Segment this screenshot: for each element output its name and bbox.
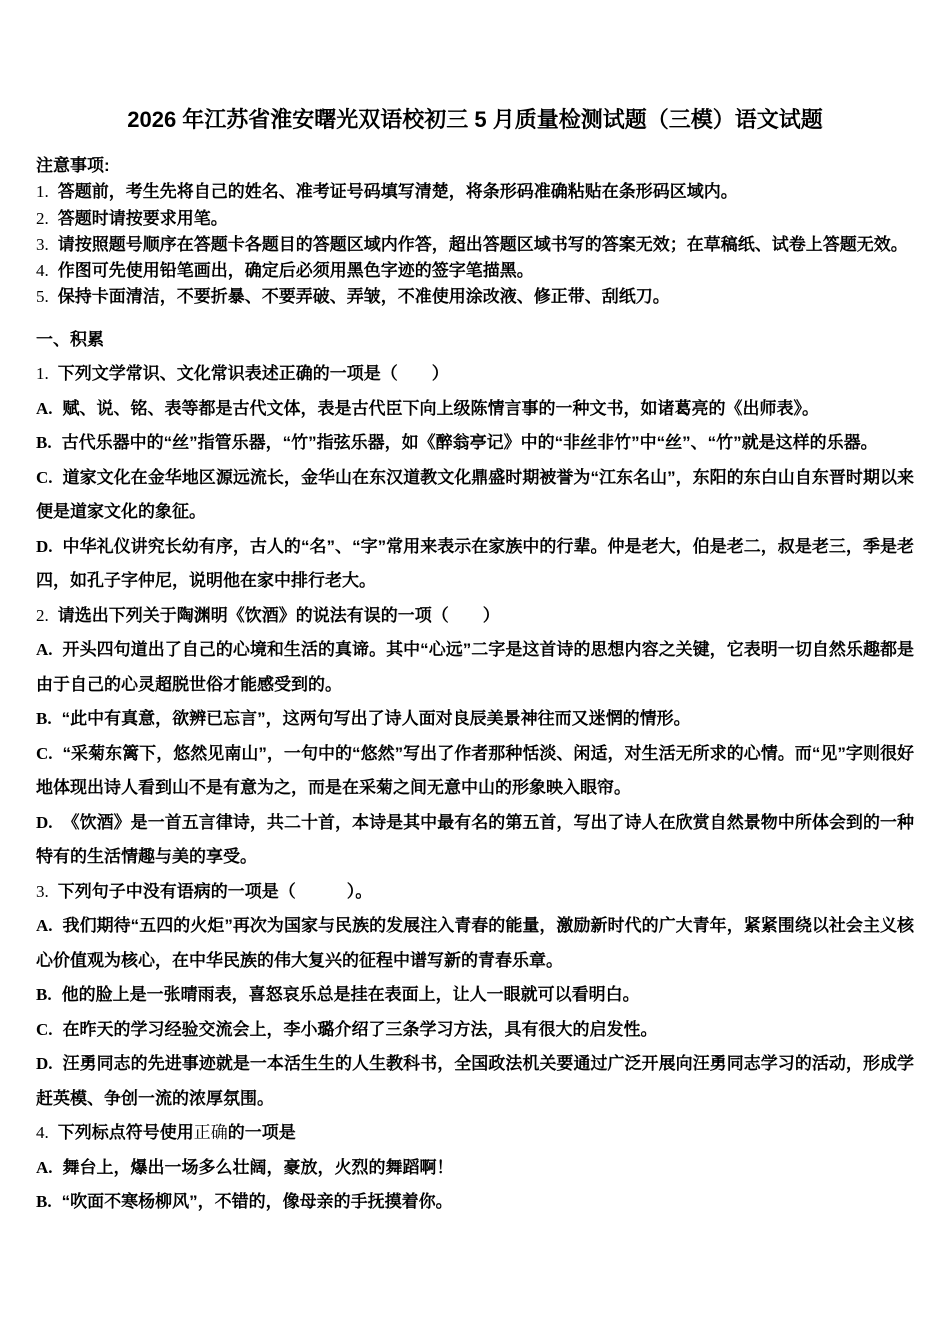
option-b: B.“吹面不寒杨柳风”，不错的，像母亲的手抚摸着你。 (36, 1185, 914, 1220)
option-text: 赋、说、铭、表等都是古代文体，表是古代臣下向上级陈情言事的一种文书，如诸葛亮的《… (63, 399, 820, 418)
question-4: 4.下列标点符号使用正确的一项是 A.舞台上，爆出一场多么壮阔，豪放，火烈的舞蹈… (36, 1116, 914, 1220)
notice-item-number: 4. (36, 261, 49, 280)
option-c: C.“采菊东篱下，悠然见南山”，一句中的“悠然”写出了作者那种恬淡、闲适，对生活… (36, 737, 914, 806)
option-label: D. (36, 813, 53, 832)
option-label: B. (36, 985, 52, 1004)
question-stem: 1.下列文学常识、文化常识表述正确的一项是（ ） (36, 357, 914, 392)
notice-item-text: 答题时请按要求用笔。 (58, 209, 228, 228)
question-number: 4. (36, 1123, 49, 1142)
exam-content: 一、积累 1.下列文学常识、文化常识表述正确的一项是（ ） A.赋、说、铭、表等… (36, 323, 914, 1220)
question-stem: 4.下列标点符号使用正确的一项是 (36, 1116, 914, 1151)
option-label: C. (36, 468, 53, 487)
option-label: C. (36, 744, 53, 763)
notice-item: 4.作图可先使用铅笔画出，确定后必须用黑色字迹的签字笔描黑。 (36, 258, 914, 284)
option-d: D.汪勇同志的先进事迹就是一本活生生的人生教科书，全国政法机关要通过广泛开展向汪… (36, 1047, 914, 1116)
option-a: A.开头四句道出了自己的心境和生活的真谛。其中“心远”二字是这首诗的思想内容之关… (36, 633, 914, 702)
option-b: B.他的脸上是一张晴雨表，喜怒哀乐总是挂在表面上，让人一眼就可以看明白。 (36, 978, 914, 1013)
option-label: B. (36, 433, 52, 452)
notice-item-text: 请按照题号顺序在答题卡各题目的答题区域内作答，超出答题区域书写的答案无效；在草稿… (58, 235, 908, 254)
option-d: D.中华礼仪讲究长幼有序，古人的“名”、“字”常用来表示在家族中的行辈。仲是老大… (36, 530, 914, 599)
option-text: 《饮酒》是一首五言律诗，共二十首，本诗是其中最有名的第五首，写出了诗人在欣赏自然… (36, 813, 914, 867)
notice-item-text: 作图可先使用铅笔画出，确定后必须用黑色字迹的签字笔描黑。 (58, 261, 534, 280)
notice-item-number: 1. (36, 182, 49, 201)
option-b: B.古代乐器中的“丝”指管乐器，“竹”指弦乐器，如《醉翁亭记》中的“非丝非竹”中… (36, 426, 914, 461)
notice-item: 1.答题前，考生先将自己的姓名、准考证号码填写清楚，将条形码准确粘贴在条形码区域… (36, 179, 914, 205)
option-text: “采菊东篱下，悠然见南山”，一句中的“悠然”写出了作者那种恬淡、闲适，对生活无所… (36, 744, 914, 798)
question-number: 3. (36, 882, 49, 901)
question-stem: 2.请选出下列关于陶渊明《饮酒》的说法有误的一项（ ） (36, 599, 914, 634)
option-text: 古代乐器中的“丝”指管乐器，“竹”指弦乐器，如《醉翁亭记》中的“非丝非竹”中“丝… (62, 433, 878, 452)
option-a: A.我们期待“五四的火炬”再次为国家与民族的发展注入青春的能量，激励新时代的广大… (36, 909, 914, 978)
option-text: 中华礼仪讲究长幼有序，古人的“名”、“字”常用来表示在家族中的行辈。仲是老大，伯… (36, 537, 914, 591)
notice-item-number: 3. (36, 235, 49, 254)
notice-item-number: 5. (36, 287, 49, 306)
question-2: 2.请选出下列关于陶渊明《饮酒》的说法有误的一项（ ） A.开头四句道出了自己的… (36, 599, 914, 875)
option-text: 开头四句道出了自己的心境和生活的真谛。其中“心远”二字是这首诗的思想内容之关键，… (36, 640, 914, 694)
option-text: 舞台上，爆出一场多么壮阔，豪放，火烈的舞蹈啊！ (63, 1158, 454, 1177)
option-a: A.舞台上，爆出一场多么壮阔，豪放，火烈的舞蹈啊！ (36, 1151, 914, 1186)
question-stem-emphasis: 正确 (194, 1123, 228, 1142)
option-text: 我们期待“五四的火炬”再次为国家与民族的发展注入青春的能量，激励新时代的广大青年… (36, 916, 914, 970)
option-label: B. (36, 1192, 52, 1211)
option-label: A. (36, 640, 53, 659)
option-text: “此中有真意，欲辨已忘言”，这两句写出了诗人面对良辰美景神往而又迷惘的情形。 (62, 709, 691, 728)
notice-heading: 注意事项: (36, 153, 914, 179)
question-stem-text: 请选出下列关于陶渊明《饮酒》的说法有误的一项（ ） (58, 606, 500, 625)
option-text: 他的脸上是一张晴雨表，喜怒哀乐总是挂在表面上，让人一眼就可以看明白。 (62, 985, 640, 1004)
notice-item-number: 2. (36, 209, 49, 228)
option-text: 汪勇同志的先进事迹就是一本活生生的人生教科书，全国政法机关要通过广泛开展向汪勇同… (36, 1054, 914, 1108)
question-number: 1. (36, 364, 49, 383)
question-stem: 3.下列句子中没有语病的一项是（ ）。 (36, 875, 914, 910)
option-text: “吹面不寒杨柳风”，不错的，像母亲的手抚摸着你。 (62, 1192, 453, 1211)
exam-page: 2026 年江苏省淮安曙光双语校初三 5 月质量检测试题（三模）语文试题 注意事… (0, 0, 950, 1344)
question-stem-text: 的一项是 (228, 1123, 296, 1142)
notice-item: 5.保持卡面清洁，不要折暴、不要弄破、弄皱，不准使用涂改液、修正带、刮纸刀。 (36, 284, 914, 310)
notice-item-text: 答题前，考生先将自己的姓名、准考证号码填写清楚，将条形码准确粘贴在条形码区域内。 (58, 182, 738, 201)
question-1: 1.下列文学常识、文化常识表述正确的一项是（ ） A.赋、说、铭、表等都是古代文… (36, 357, 914, 599)
option-label: D. (36, 1054, 53, 1073)
option-a: A.赋、说、铭、表等都是古代文体，表是古代臣下向上级陈情言事的一种文书，如诸葛亮… (36, 392, 914, 427)
option-label: A. (36, 1158, 53, 1177)
option-label: C. (36, 1020, 53, 1039)
option-d: D.《饮酒》是一首五言律诗，共二十首，本诗是其中最有名的第五首，写出了诗人在欣赏… (36, 806, 914, 875)
notice-section: 注意事项: 1.答题前，考生先将自己的姓名、准考证号码填写清楚，将条形码准确粘贴… (36, 153, 914, 311)
question-stem-text: 下列句子中没有语病的一项是（ ）。 (58, 882, 373, 901)
page-title: 2026 年江苏省淮安曙光双语校初三 5 月质量检测试题（三模）语文试题 (36, 104, 914, 136)
notice-item: 2.答题时请按要求用笔。 (36, 206, 914, 232)
question-stem-text: 下列文学常识、文化常识表述正确的一项是（ ） (58, 364, 449, 383)
section-heading: 一、积累 (36, 323, 914, 358)
option-c: C.在昨天的学习经验交流会上，李小璐介绍了三条学习方法，具有很大的启发性。 (36, 1013, 914, 1048)
option-label: D. (36, 537, 53, 556)
notice-item-text: 保持卡面清洁，不要折暴、不要弄破、弄皱，不准使用涂改液、修正带、刮纸刀。 (58, 287, 670, 306)
question-number: 2. (36, 606, 49, 625)
option-text: 道家文化在金华地区源远流长，金华山在东汉道教文化鼎盛时期被誉为“江东名山”，东阳… (36, 468, 914, 522)
question-stem-text: 下列标点符号使用 (58, 1123, 194, 1142)
option-c: C.道家文化在金华地区源远流长，金华山在东汉道教文化鼎盛时期被誉为“江东名山”，… (36, 461, 914, 530)
option-label: A. (36, 399, 53, 418)
option-label: B. (36, 709, 52, 728)
option-b: B.“此中有真意，欲辨已忘言”，这两句写出了诗人面对良辰美景神往而又迷惘的情形。 (36, 702, 914, 737)
option-text: 在昨天的学习经验交流会上，李小璐介绍了三条学习方法，具有很大的启发性。 (63, 1020, 658, 1039)
notice-item: 3.请按照题号顺序在答题卡各题目的答题区域内作答，超出答题区域书写的答案无效；在… (36, 232, 914, 258)
option-label: A. (36, 916, 53, 935)
question-3: 3.下列句子中没有语病的一项是（ ）。 A.我们期待“五四的火炬”再次为国家与民… (36, 875, 914, 1117)
